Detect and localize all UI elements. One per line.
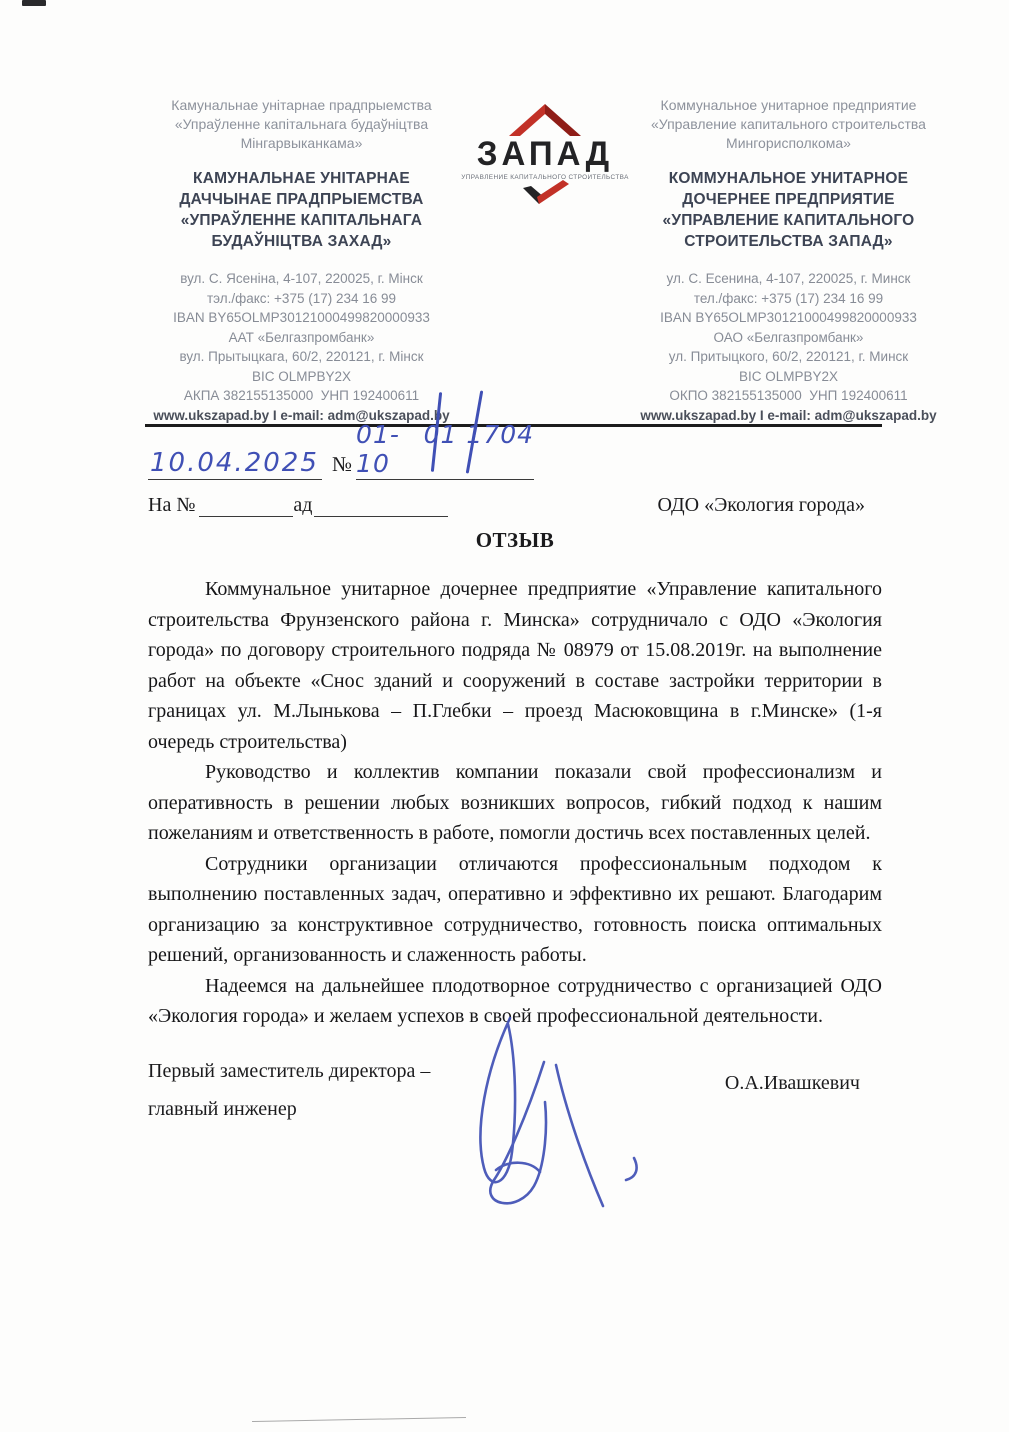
reference-block: 10.04.2025 № 01-10 01 1704 На № ад ОДО «… [148, 438, 881, 517]
signer-position-line: главный инженер [148, 1090, 430, 1128]
address-line: ОКПО 382155135000 УНП 192400611 [633, 386, 944, 406]
org-name-bold-by: КАМУНАЛЬНАЕ УНІТАРНАЕ ДАЧЧЫНАЕ ПРАДПРЫЕМ… [146, 168, 457, 252]
logo-checkmark-icon [523, 180, 569, 204]
scan-artifact-mark [22, 0, 46, 6]
org-bold-line: БУДАЎНІЦТВА ЗАХАД» [146, 231, 457, 252]
body-paragraph: Сотрудники организации отличаются профес… [148, 849, 882, 971]
address-line: ААТ «Белгазпромбанк» [146, 328, 457, 348]
org-bold-line: КАМУНАЛЬНАЕ УНІТАРНАЕ [146, 168, 457, 189]
org-bold-line: СТРОИТЕЛЬСТВА ЗАПАД» [633, 231, 944, 252]
org-small-line: Коммунальное унитарное предприятие [633, 96, 944, 115]
org-small-line: Мінгарвыканкама» [146, 134, 457, 153]
org-small-line: Камунальнае унітарнае прадпрыемства [146, 96, 457, 115]
signature-block: Первый заместитель директора – главный и… [148, 1052, 882, 1128]
org-small-line: «Управление капитального строительства [633, 115, 944, 134]
reply-reference-row: На № ад ОДО «Экология города» [148, 494, 881, 517]
reply-connector-label: ад [293, 494, 312, 517]
org-name-bold-ru: КОММУНАЛЬНОЕ УНИТАРНОЕ ДОЧЕРНЕЕ ПРЕДПРИЯ… [633, 168, 944, 252]
company-logo: ЗАПАД УПРАВЛЕНИЕ КАПИТАЛЬНОГО СТРОИТЕЛЬС… [457, 96, 633, 426]
scan-artifact-line [252, 1417, 466, 1422]
address-line: АКПА 382155135000 УНП 192400611 [146, 386, 457, 406]
address-line: IBAN BY65OLMP30121000499820000933 [146, 308, 457, 328]
address-block-ru: ул. С. Есенина, 4-107, 220025, г. Минск … [633, 269, 944, 426]
letter-body: ОТЗЫВ Коммунальное унитарное дочернее пр… [148, 528, 882, 1128]
address-line: ул. С. Есенина, 4-107, 220025, г. Минск [633, 269, 944, 289]
number-sign-label: № [332, 452, 352, 477]
org-bold-line: «УПРАЎЛЕННЕ КАПІТАЛЬНАГА [146, 210, 457, 231]
letterhead-right-column: Коммунальное унитарное предприятие «Упра… [633, 96, 944, 426]
address-line: тел./факс: +375 (17) 234 16 99 [633, 289, 944, 309]
address-line: IBAN BY65OLMP30121000499820000933 [633, 308, 944, 328]
handwritten-outgoing-number: 01-10 01 1704 [356, 420, 534, 480]
body-paragraph: Надеемся на дальнейшее плодотворное сотр… [148, 971, 882, 1032]
org-bold-line: «УПРАВЛЕНИЕ КАПИТАЛЬНОГО [633, 210, 944, 231]
address-line: вул. Прытыцкага, 60/2, 220121, г. Мінск [146, 347, 457, 367]
body-paragraph: Руководство и коллектив компании показал… [148, 757, 882, 849]
reply-number-blank [199, 494, 293, 517]
logo-roof-icon [509, 104, 581, 136]
org-name-small-by: Камунальнае унітарнае прадпрыемства «Упр… [146, 96, 457, 153]
recipient-name: ОДО «Экология города» [658, 494, 881, 517]
reply-date-blank [314, 494, 448, 517]
logo-wordmark: ЗАПАД [477, 134, 613, 173]
body-paragraph: Коммунальное унитарное дочернее предприя… [148, 574, 882, 757]
address-line: BIC OLMPBY2X [146, 367, 457, 387]
signature-autograph [448, 1010, 668, 1220]
zapad-logo-graphic: ЗАПАД УПРАВЛЕНИЕ КАПИТАЛЬНОГО СТРОИТЕЛЬС… [457, 100, 633, 208]
address-line: тэл./факс: +375 (17) 234 16 99 [146, 289, 457, 309]
org-bold-line: ДАЧЧЫНАЕ ПРАДПРЫЕМСТВА [146, 189, 457, 210]
letterhead: Камунальнае унітарнае прадпрыемства «Упр… [146, 96, 944, 426]
letterhead-left-column: Камунальнае унітарнае прадпрыемства «Упр… [146, 96, 457, 426]
handwritten-date: 10.04.2025 [148, 448, 322, 480]
address-line: BIC OLMPBY2X [633, 367, 944, 387]
address-block-by: вул. С. Ясеніна, 4-107, 220025, г. Мінск… [146, 269, 457, 426]
address-line: вул. С. Ясеніна, 4-107, 220025, г. Мінск [146, 269, 457, 289]
address-line: ОАО «Белгазпромбанк» [633, 328, 944, 348]
org-small-line: Мингорисполкома» [633, 134, 944, 153]
signer-name: О.А.Ивашкевич [725, 1072, 882, 1128]
letter-title: ОТЗЫВ [148, 528, 882, 553]
reply-label: На № [148, 494, 195, 517]
address-line: ул. Притыцкого, 60/2, 220121, г. Минск [633, 347, 944, 367]
number-segment: 01-10 [356, 420, 415, 478]
org-small-line: «Упраўленне капітальнага будаўніцтва [146, 115, 457, 134]
date-number-row: 10.04.2025 № 01-10 01 1704 [148, 438, 881, 480]
number-segment: 01 [424, 420, 458, 478]
logo-tagline: УПРАВЛЕНИЕ КАПИТАЛЬНОГО СТРОИТЕЛЬСТВА [461, 174, 629, 181]
scanned-letter-page: Камунальнае унітарнае прадпрыемства «Упр… [0, 0, 1009, 1432]
org-bold-line: ДОЧЕРНЕЕ ПРЕДПРИЯТИЕ [633, 189, 944, 210]
org-name-small-ru: Коммунальное унитарное предприятие «Упра… [633, 96, 944, 153]
signer-position: Первый заместитель директора – главный и… [148, 1052, 430, 1128]
org-bold-line: КОММУНАЛЬНОЕ УНИТАРНОЕ [633, 168, 944, 189]
signer-position-line: Первый заместитель директора – [148, 1052, 430, 1090]
website-email-line: www.ukszapad.by I e-mail: adm@ukszapad.b… [633, 406, 944, 426]
